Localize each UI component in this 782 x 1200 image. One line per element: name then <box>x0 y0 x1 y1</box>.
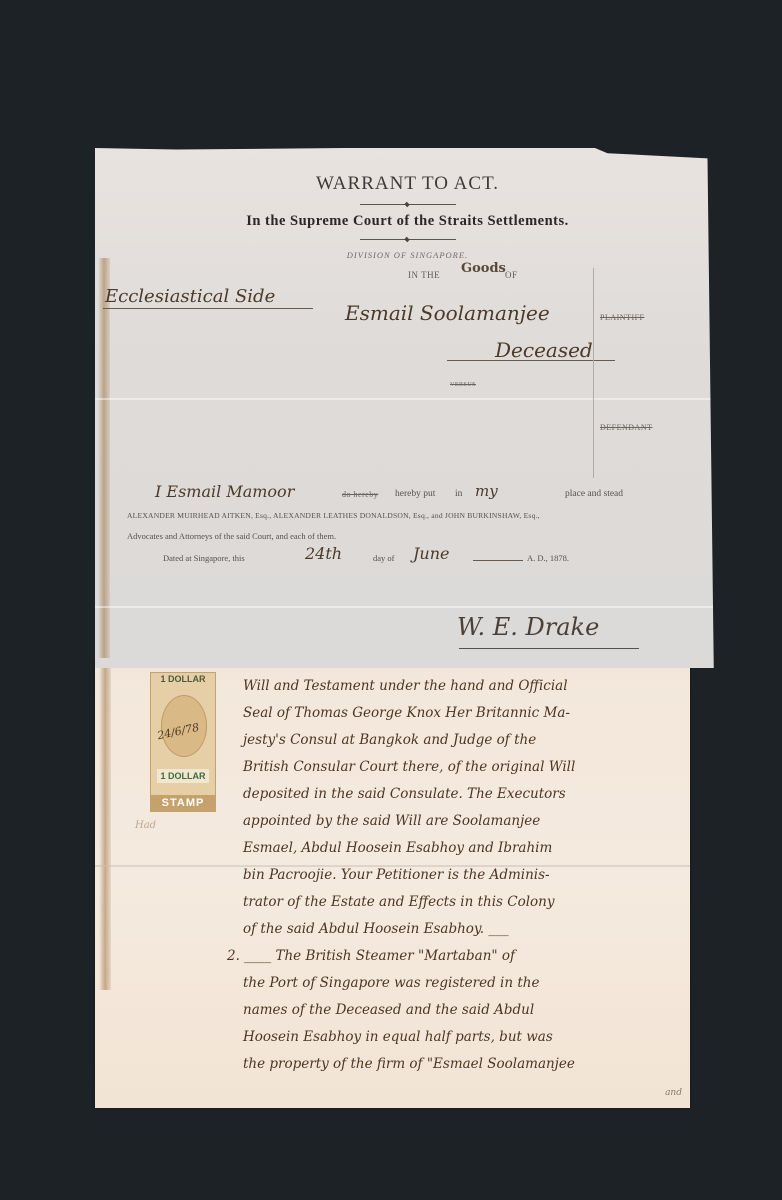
versus-struck: VERSUS <box>450 382 476 388</box>
put-text: hereby put <box>395 489 435 499</box>
in-the-suffix: OF <box>505 270 518 280</box>
petition-line: 2. ____ The British Steamer "Martaban" o… <box>227 948 515 964</box>
petition-sheet: 1 DOLLAR 24/6/78 1 DOLLAR STAMP Had Will… <box>95 660 690 1108</box>
bracket-line <box>593 268 594 478</box>
plaintiff-struck: PLAINTIFF <box>600 313 645 322</box>
petition-line: bin Pacroojie. Your Petitioner is the Ad… <box>243 867 550 883</box>
attorneys-line: ALEXANDER MUIRHEAD AITKEN, Esq., ALEXAND… <box>127 511 540 520</box>
petition-line: appointed by the said Will are Soolamanj… <box>243 813 540 829</box>
advocates-line: Advocates and Attorneys of the said Cour… <box>127 531 336 541</box>
signature-underline <box>459 648 639 649</box>
fold-line <box>95 398 720 400</box>
stain <box>99 660 111 990</box>
in-text: in <box>455 489 462 499</box>
day-of: day of <box>373 553 394 563</box>
court-name: In the Supreme Court of the Straits Sett… <box>95 213 720 230</box>
petition-line: Esmael, Abdul Hoosein Esabhoy and Ibrahi… <box>243 840 552 856</box>
signature: W. E. Drake <box>457 613 599 641</box>
faded-note: Had <box>135 820 156 831</box>
warrant-sheet: WARRANT TO ACT. In the Supreme Court of … <box>95 148 720 668</box>
petition-line: British Consular Court there, of the ori… <box>243 759 575 775</box>
month-value: June <box>413 544 450 563</box>
petition-line: the Port of Singapore was registered in … <box>243 975 539 991</box>
petition-line: names of the Deceased and the said Abdul <box>243 1002 534 1018</box>
stain <box>98 258 110 658</box>
struck-phrase: do hereby <box>342 490 378 499</box>
party-name: Esmail Soolamanjee <box>345 301 550 325</box>
document-title: WARRANT TO ACT. <box>95 173 720 195</box>
petition-line: jesty's Consul at Bangkok and Judge of t… <box>243 732 536 748</box>
in-the-word: Goods <box>461 261 506 276</box>
ornament-rule <box>360 204 456 205</box>
my-text: my <box>475 482 498 500</box>
underline <box>103 308 313 309</box>
day-value: 24th <box>305 544 342 563</box>
place-text: place and stead <box>565 489 623 499</box>
petition-line: Seal of Thomas George Knox Her Britannic… <box>243 705 570 721</box>
fold-line <box>95 606 720 608</box>
petition-line: trator of the Estate and Effects in this… <box>243 894 554 910</box>
stamp-top-label: 1 DOLLAR <box>151 674 215 684</box>
catchword: and <box>665 1088 682 1098</box>
petition-line: deposited in the said Consulate. The Exe… <box>243 786 566 802</box>
petition-line: Hoosein Esabhoy in equal half parts, but… <box>243 1029 553 1045</box>
appointer-name: I Esmail Mamoor <box>155 482 294 501</box>
revenue-stamp: 1 DOLLAR 24/6/78 1 DOLLAR STAMP <box>150 672 216 812</box>
side-label: Ecclesiastical Side <box>105 286 275 307</box>
in-the-prefix: IN THE <box>408 270 440 280</box>
division-label: DIVISION OF SINGAPORE. <box>95 250 720 260</box>
underline <box>447 360 615 361</box>
petition-line: Will and Testament under the hand and Of… <box>243 678 568 694</box>
stamp-bottom-label: STAMP <box>151 795 215 811</box>
ornament-rule <box>360 239 456 240</box>
defendant-struck: DEFENDANT <box>600 423 653 432</box>
petition-line: of the said Abdul Hoosein Esabhoy. ___ <box>243 921 509 937</box>
dated-prefix: Dated at Singapore, this <box>163 553 245 563</box>
party-status: Deceased <box>495 338 593 362</box>
year-text: A. D., 1878. <box>527 553 569 563</box>
underline <box>473 560 523 561</box>
stamp-mid-label: 1 DOLLAR <box>157 769 209 783</box>
petition-line: the property of the firm of "Esmael Sool… <box>243 1056 575 1072</box>
